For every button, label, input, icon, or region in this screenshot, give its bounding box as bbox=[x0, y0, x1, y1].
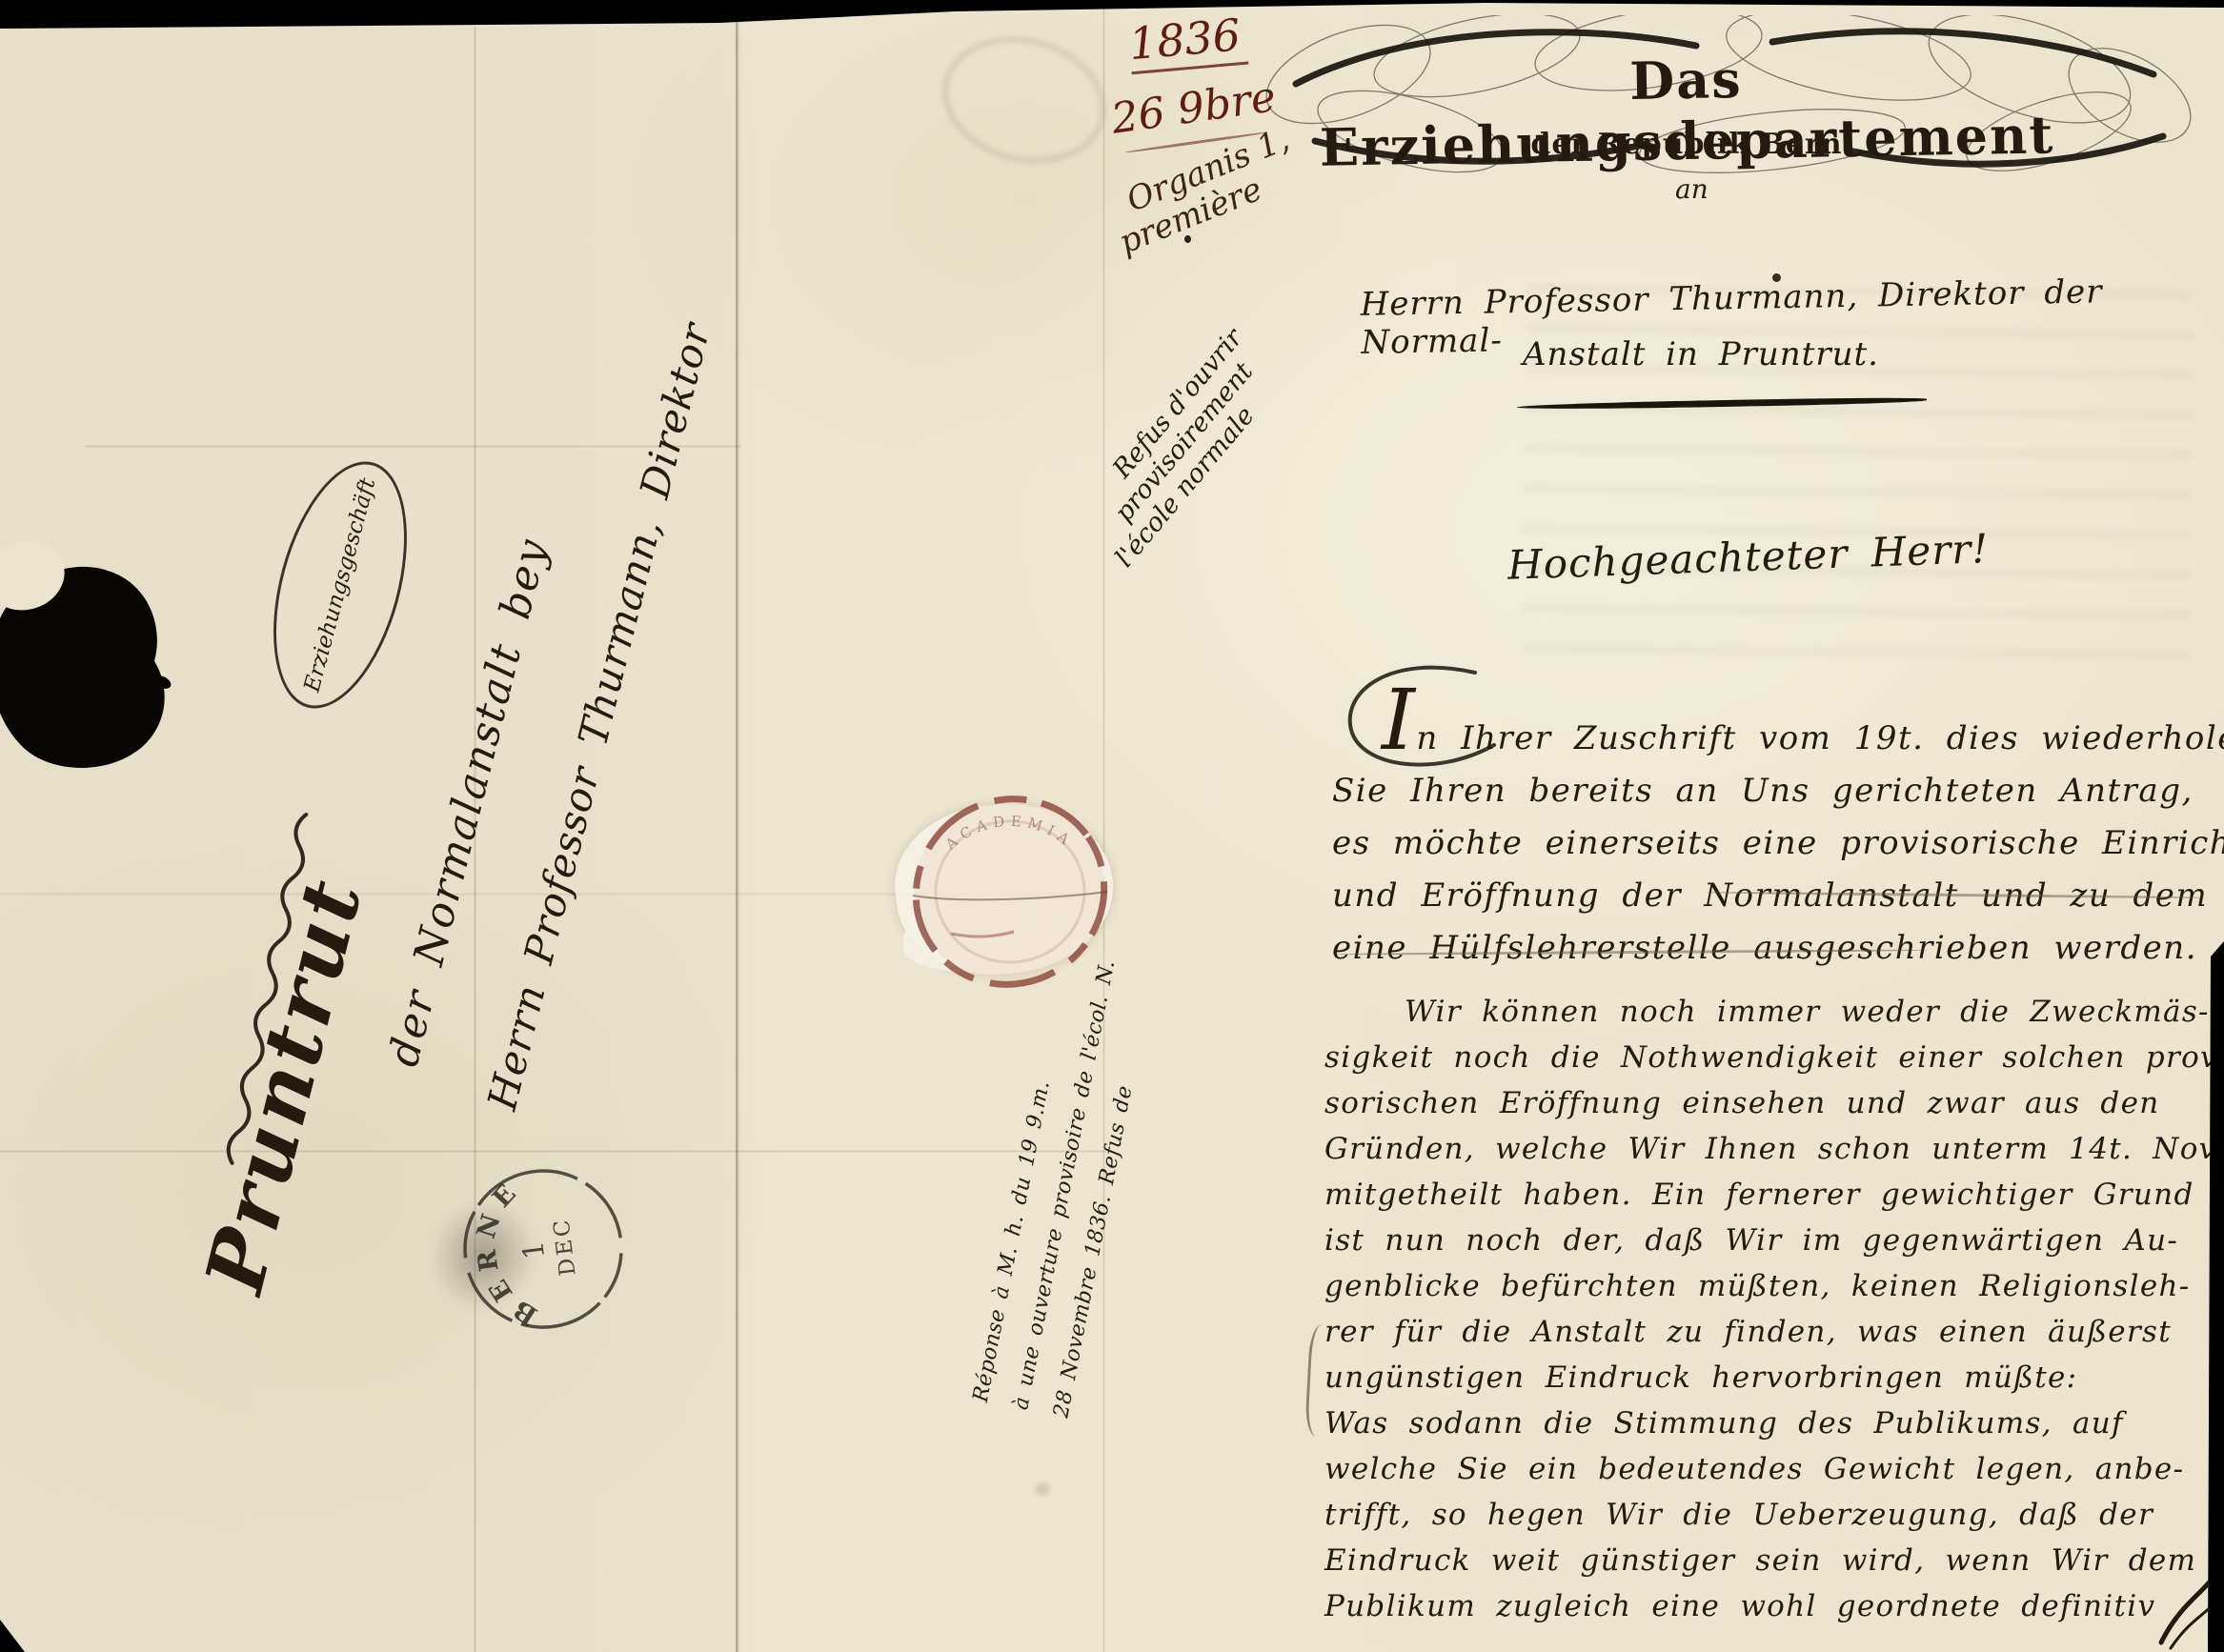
paper-sheet: 1836 26 9bre Organis 1, première Refus d… bbox=[0, 0, 2224, 1652]
annotation-refus-note: Refus d'ouvrirprovisoirementl'école norm… bbox=[1107, 323, 1294, 522]
body-line: Wir können noch immer weder die Zweckmäs… bbox=[1324, 989, 2224, 1035]
body-line: Was sodann die Stimmung des Publikums, a… bbox=[1324, 1400, 2224, 1446]
franchise-oval-text: Erziehungsgeschäft bbox=[300, 475, 381, 695]
body-line: trifft, so hegen Wir die Ueberzeugung, d… bbox=[1324, 1492, 2224, 1538]
annotation-year: 1836 bbox=[1127, 9, 1249, 75]
postmark-month: DEC bbox=[549, 1216, 580, 1278]
black-wax-blob bbox=[0, 539, 177, 783]
scanned-letter-page: 1836 26 9bre Organis 1, première Refus d… bbox=[0, 0, 2224, 1652]
paragraph-2: Wir können noch immer weder die Zweckmäs… bbox=[1324, 989, 2224, 1629]
body-line: rer für die Anstalt zu finden, was einen… bbox=[1324, 1309, 2224, 1355]
body-line: Sie Ihren bereits an Uns gerichteten Ant… bbox=[1332, 765, 2224, 817]
body-line: welche Sie ein bedeutendes Gewicht legen… bbox=[1324, 1446, 2224, 1492]
annotation-vertical-note: 28 Novembre 1836. Refus deà une ouvertur… bbox=[964, 949, 1164, 1420]
postmark-day: 1 bbox=[516, 1239, 552, 1261]
page-fold-edge bbox=[735, 10, 740, 1652]
body-line: ist nun noch der, daß Wir im gegenwärtig… bbox=[1324, 1218, 2224, 1263]
body-line: Eindruck weit günstiger sein wird, wenn … bbox=[1324, 1538, 2224, 1583]
paragraph-1: In Ihrer Zuschrift vom 19t. dies wiederh… bbox=[1332, 713, 2224, 975]
letterhead-an: an bbox=[1675, 173, 1708, 205]
page-corner-mark bbox=[2153, 1572, 2220, 1652]
body-line: es möchte einerseits eine provisorische … bbox=[1332, 817, 2224, 870]
body-line: Gründen, welche Wir Ihnen schon unterm 1… bbox=[1324, 1126, 2224, 1172]
body-line: sorischen Eröffnung einsehen und zwar au… bbox=[1324, 1080, 2224, 1126]
body-line: genblicke befürchten müßten, keinen Reli… bbox=[1324, 1263, 2224, 1309]
body-line: ungünstigen Eindruck hervorbringen müßte… bbox=[1324, 1355, 2224, 1400]
body-line: Publikum zugleich eine wohl geordnete de… bbox=[1324, 1583, 2224, 1629]
body-line: mitgetheilt haben. Ein fernerer gewichti… bbox=[1324, 1172, 2224, 1218]
body-line: In Ihrer Zuschrift vom 19t. dies wiederh… bbox=[1332, 713, 2224, 765]
stain-spot bbox=[1035, 1482, 1050, 1496]
body-line: eine Hülfslehrerstelle ausgeschrieben we… bbox=[1332, 922, 2224, 975]
body-line: sigkeit noch die Nothwendigkeit einer so… bbox=[1324, 1035, 2224, 1080]
franchise-oval-stamp: Erziehungsgeschäft bbox=[250, 447, 432, 723]
letterhead-subtitle: der Republik Bern bbox=[1467, 128, 1906, 161]
recipient-line2: Anstalt in Pruntrut. bbox=[1523, 335, 1879, 373]
red-wax-seal: ACADEMIA bbox=[894, 781, 1130, 1008]
ghost-ring-impression bbox=[929, 20, 1120, 180]
fold-crease-horizontal-bottom bbox=[0, 1150, 1105, 1153]
bern-postmark: BERNE 1 DEC bbox=[445, 1150, 641, 1346]
